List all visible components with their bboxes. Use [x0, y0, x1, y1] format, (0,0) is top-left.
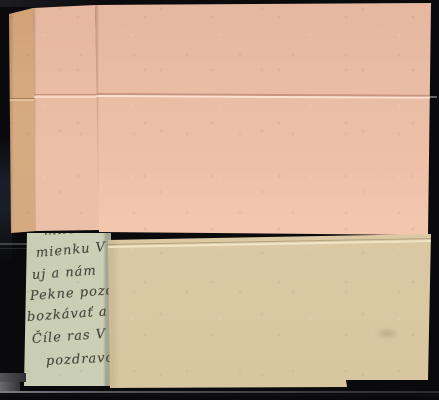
- photo-of-stacked-postal-wrappers: mílene mienku V uj a nám Pekne pozdra bo…: [0, 0, 439, 400]
- table-edge-shadow: [0, 394, 439, 396]
- mat-bottom-left-gray-wedge: [0, 373, 26, 382]
- mat-left-highlight-line: [0, 243, 27, 245]
- mat-left-blue-reflection: [0, 138, 12, 263]
- mat-bottom-left-gray-wedge-2: [0, 382, 20, 392]
- table-edge-reflection: [0, 391, 439, 393]
- mat-left-highlight-line-2: [0, 248, 27, 249]
